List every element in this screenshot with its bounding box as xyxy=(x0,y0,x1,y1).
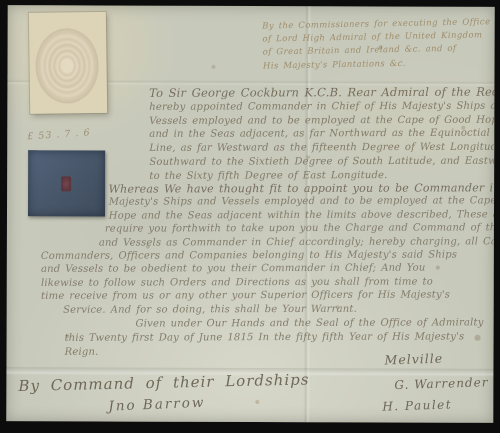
embossed-admiralty-seal xyxy=(29,12,107,114)
seal-impression-icon xyxy=(35,28,99,104)
signature-melville: Melville xyxy=(384,351,443,368)
manuscript-line: require you forthwith to take upon you t… xyxy=(41,221,495,236)
fee-notation: £ 53 . 7 . 6 xyxy=(27,127,91,142)
manuscript-line: Commanders, Officers and Companies belon… xyxy=(41,248,495,263)
foxing-speckles xyxy=(8,5,10,7)
manuscript-line: time receive from us or any other your S… xyxy=(41,289,495,304)
manuscript-line: Service. And for so doing, this shall be… xyxy=(41,302,495,317)
address-heading: By the Commissioners for executing the O… xyxy=(262,16,483,73)
photo-frame: £ 53 . 7 . 6 By the Commissioners for ex… xyxy=(0,0,500,433)
signature-warrender: G. Warrender xyxy=(394,375,488,392)
signature-paulet: H. Paulet xyxy=(382,397,452,413)
manuscript-line: Vessels employed and to be employed at t… xyxy=(149,113,495,128)
manuscript-line: Majesty's Ships and Vessels employed and… xyxy=(41,195,495,210)
manuscript-line: this Twenty first Day of June 1815 In th… xyxy=(41,330,495,345)
manuscript-line: Line, as far Westward as the fifteenth D… xyxy=(149,141,494,156)
warrant-paragraph: Whereas We have thought fit to appoint y… xyxy=(41,181,495,317)
manuscript-line: Southward to the Sixtieth Degree of Sout… xyxy=(149,155,494,170)
signature-barrow: Jno Barrow xyxy=(108,395,206,415)
manuscript-line: hereby appointed Commander in Chief of H… xyxy=(149,99,495,114)
document-paper: £ 53 . 7 . 6 By the Commissioners for ex… xyxy=(6,5,494,423)
manuscript-line: and in the Seas adjacent, as far Northwa… xyxy=(149,127,494,142)
manuscript-line: Given under Our Hands and the Seal of th… xyxy=(40,316,494,331)
appointment-paragraph: To Sir George Cockburn K.C.B. Rear Admir… xyxy=(149,86,495,184)
manuscript-line: To Sir George Cockburn K.C.B. Rear Admir… xyxy=(149,86,495,101)
by-command-line: By Command of their Lordships xyxy=(18,370,309,395)
